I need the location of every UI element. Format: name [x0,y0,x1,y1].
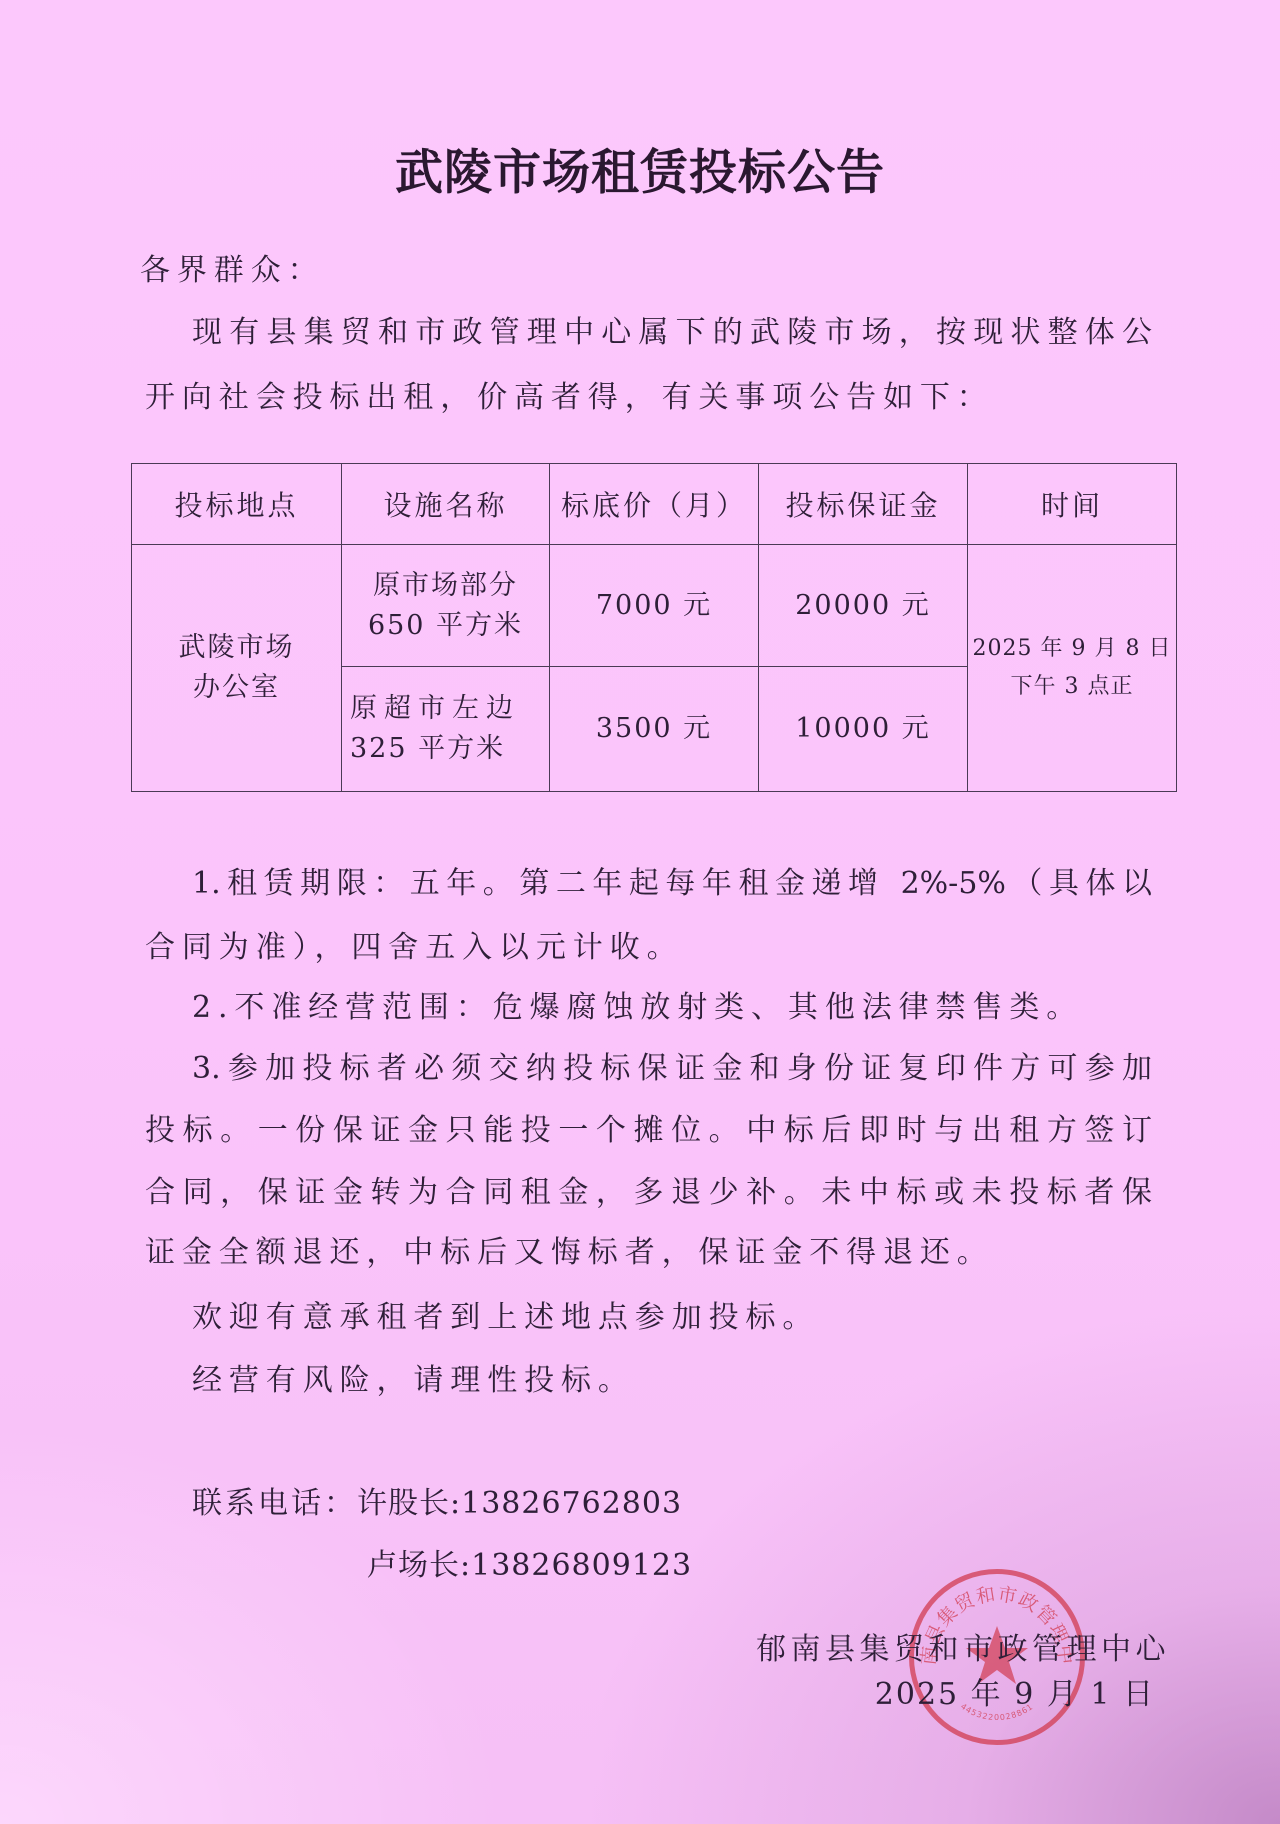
facility-cell: 原市场部分 650 平方米 [342,545,550,667]
header-facility: 设施名称 [342,464,550,545]
term-2-line-1: 2.不准经营范围：危爆腐蚀放射类、其他法律禁售类。 [192,988,1083,1028]
header-base-price: 标底价（月） [550,464,759,545]
contact-line-1: 联系电话：许股长:13826762803 [192,1484,682,1524]
intro-line-2: 开向社会投标出租，价高者得，有关事项公告如下： [145,378,994,418]
facility-cell: 原超市左边 325 平方米 [342,667,550,792]
term-3-line-2: 投标。一份保证金只能投一个摊位。中标后即时与出租方签订 [145,1111,1152,1151]
table-header-row: 投标地点 设施名称 标底价（月） 投标保证金 时间 [132,464,1177,545]
facility-name: 原市场部分 [342,566,549,606]
intro-line-1: 现有县集贸和市政管理中心属下的武陵市场，按现状整体公 [192,313,1152,353]
document-title: 武陵市场租赁投标公告 [0,134,1280,203]
contact-person-1: 许股长:13826762803 [357,1486,682,1521]
time-date: 2025 年 9 月 8 日 [968,630,1176,668]
table-row: 武陵市场 办公室 原市场部分 650 平方米 7000 元 20000 元 20… [132,545,1177,667]
contact-label: 联系电话： [192,1486,357,1521]
base-price-cell: 7000 元 [550,545,759,667]
salutation: 各界群众： [140,251,325,291]
term-3-line-1: 3.参加投标者必须交纳投标保证金和身份证复印件方可参加 [192,1049,1152,1089]
facility-area: 650 平方米 [342,606,549,646]
base-price-cell: 3500 元 [550,667,759,792]
facility-area: 325 平方米 [350,729,549,769]
contact-person-2: 卢场长:13826809123 [367,1546,692,1586]
location-line-2: 办公室 [132,668,341,708]
deposit-cell: 10000 元 [759,667,968,792]
header-time: 时间 [968,464,1177,545]
term-1-line-1: 1.租赁期限：五年。第二年起每年租金递增 2%-5%（具体以 [192,864,1152,904]
welcome-text: 欢迎有意承租者到上述地点参加投标。 [192,1298,819,1338]
deposit-cell: 20000 元 [759,545,968,667]
header-deposit: 投标保证金 [759,464,968,545]
bid-table: 投标地点 设施名称 标底价（月） 投标保证金 时间 武陵市场 办公室 原市场部分… [131,463,1177,792]
location-cell: 武陵市场 办公室 [132,545,342,792]
header-location: 投标地点 [132,464,342,545]
term-3-line-4: 证金全额退还，中标后又悔标者，保证金不得退还。 [145,1233,994,1273]
risk-text: 经营有风险，请理性投标。 [192,1361,635,1401]
term-3-line-3: 合同，保证金转为合同租金，多退少补。未中标或未投标者保 [145,1173,1152,1213]
time-cell: 2025 年 9 月 8 日 下午 3 点正 [968,545,1177,792]
time-hour: 下午 3 点正 [968,668,1176,706]
location-line-1: 武陵市场 [132,628,341,668]
signature-organization: 郁南县集贸和市政管理中心 [756,1630,1170,1670]
signature-date: 2025 年 9 月 1 日 [875,1675,1155,1715]
facility-name: 原超市左边 [350,689,549,729]
term-1-line-2: 合同为准），四舍五入以元计收。 [145,928,684,968]
